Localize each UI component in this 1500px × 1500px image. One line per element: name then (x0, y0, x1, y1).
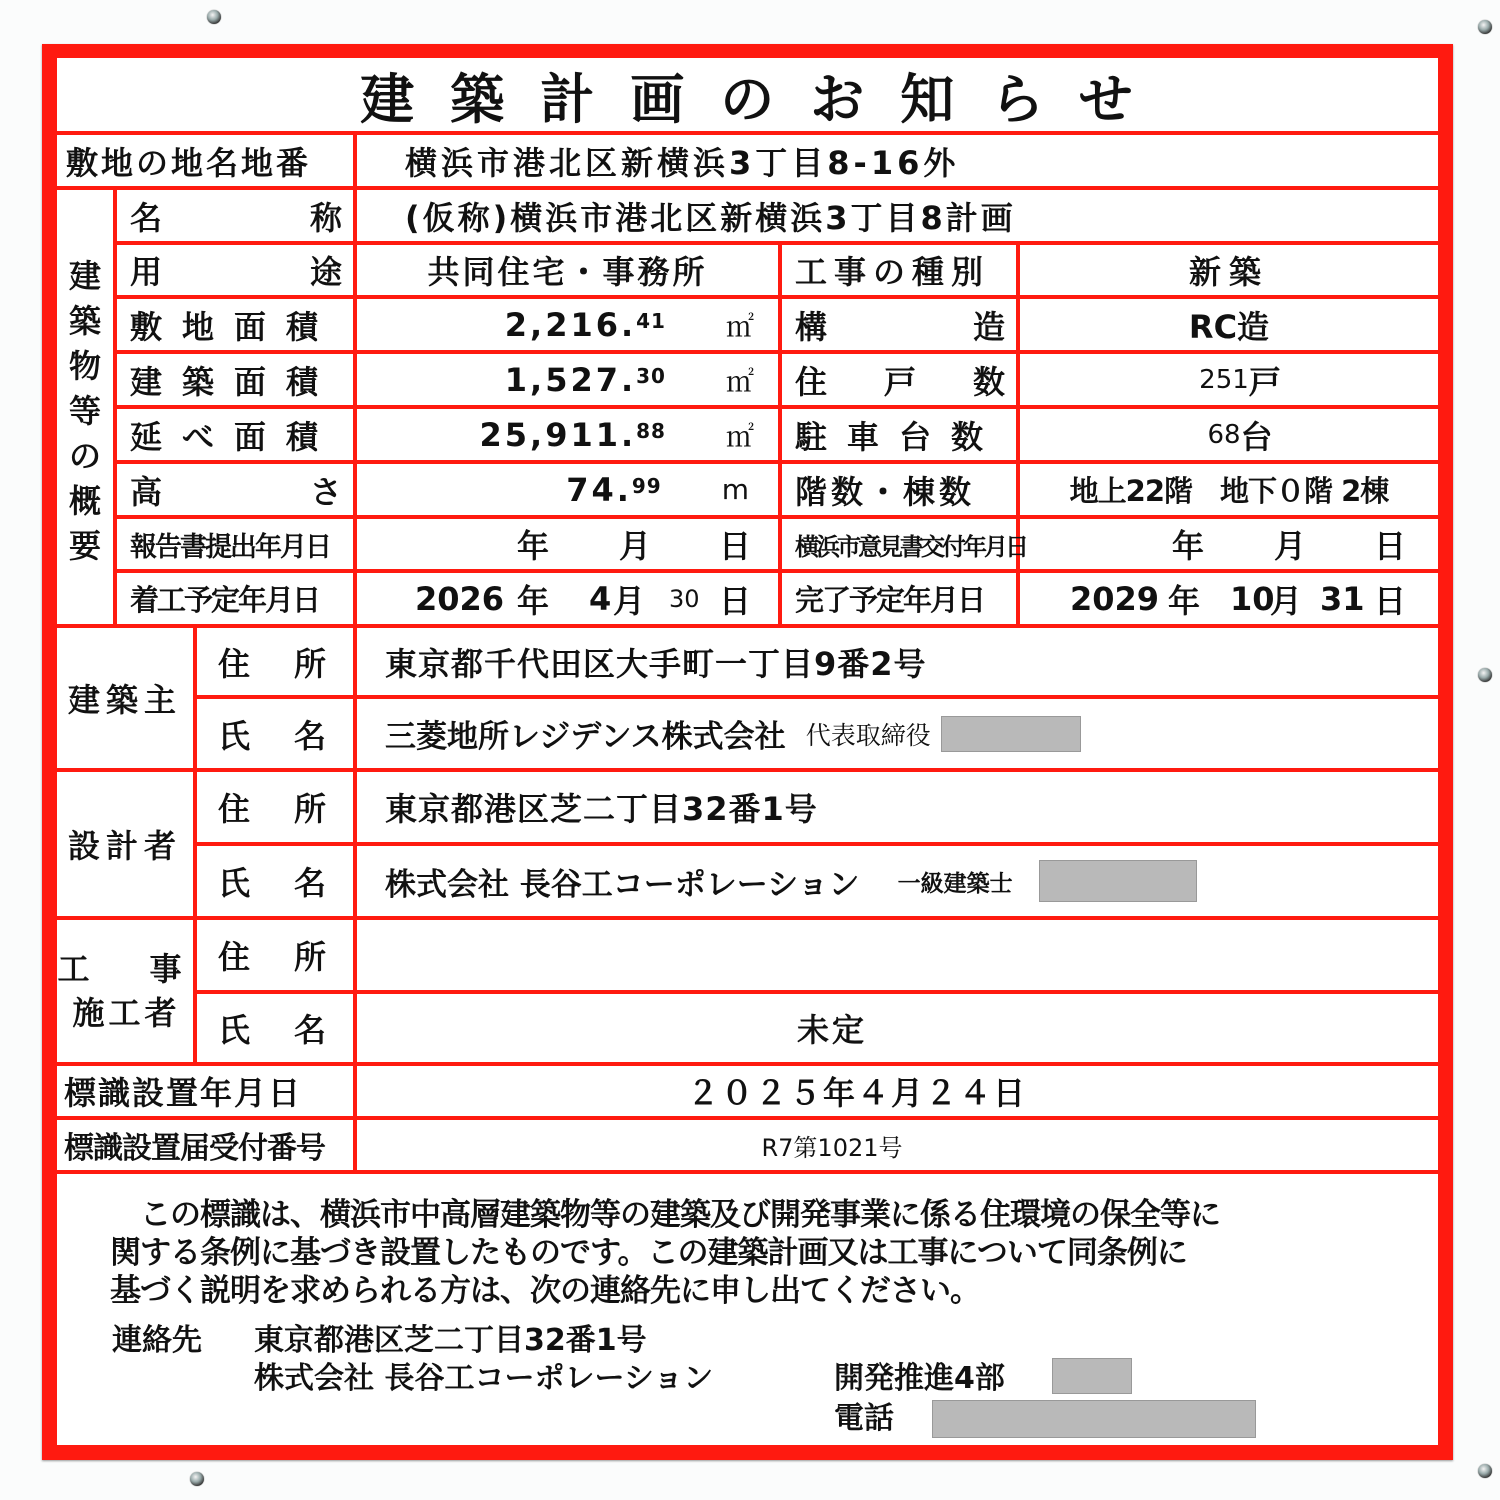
contractor-name-label: 氏 名 (197, 994, 353, 1062)
contractor-name: 未定 (357, 994, 1307, 1062)
end-date-value: 2029 年 10 月 31 日 (1020, 573, 1438, 624)
notice-line-1: この標識は、横浜市中高層建築物等の建築及び開発事業に係る住環境の保全等に (110, 1196, 1220, 1234)
owner-name: 三菱地所レジデンス株式会社 (385, 711, 786, 756)
site-address: 横浜市港北区新横浜3丁目8-16外 (405, 135, 1305, 186)
screw-icon (1478, 20, 1492, 34)
designer-name-label: 氏 名 (197, 846, 353, 916)
site-label: 敷地の地名地番 (66, 135, 351, 186)
parking-value: 68台 (1020, 409, 1460, 460)
screw-icon (207, 10, 221, 24)
page-title: 建築計画のお知らせ (57, 58, 1472, 133)
height-value: 74.99 m (357, 464, 752, 515)
units-value: 251戸 (1020, 354, 1460, 405)
opinion-date-value: 年 月 日 (1020, 519, 1438, 569)
sign-date-value: ２０２５年４月２４日 (357, 1066, 1357, 1116)
units-label: 住戸数 (795, 354, 1005, 405)
owner-label: 建築主 (57, 628, 193, 768)
contractor-address-label: 住 所 (197, 920, 353, 990)
receipt-label: 標識設置届受付番号 (64, 1120, 354, 1170)
contact-company: 株式会社 長谷工コーポレーション (254, 1360, 713, 1398)
notice-line-3: 基づく説明を求められる方は、次の連絡先に申し出てください。 (110, 1272, 980, 1310)
contact-label: 連絡先 (112, 1322, 202, 1360)
building-area-value: 1,527.30 ㎡ (357, 354, 757, 405)
designer-name-row: 株式会社 長谷工コーポレーション 一級建築士 (385, 846, 1385, 916)
structure-label: 構造 (795, 299, 1005, 350)
screw-icon (1478, 1464, 1492, 1478)
start-date-value: 2026 年 4 月 30 日 (357, 573, 778, 624)
opinion-date-label: 横浜市意見書交付年月日 (795, 519, 1015, 569)
start-date-label: 着工予定年月日 (130, 573, 350, 624)
site-area-label: 敷地面積 (130, 299, 350, 350)
report-date-value: 年 月 日 (357, 519, 778, 569)
floors-label: 階数・棟数 (795, 464, 1015, 515)
report-date-label: 報告書提出年月日 (130, 519, 350, 569)
owner-name-row: 三菱地所レジデンス株式会社 代表取締役 (385, 699, 1385, 768)
redacted-architect (1039, 860, 1197, 902)
height-label: 高さ (130, 464, 342, 515)
owner-name-label: 氏 名 (197, 699, 353, 768)
owner-address: 東京都千代田区大手町一丁目9番2号 (385, 628, 1385, 695)
use-value: 共同住宅・事務所 (357, 245, 778, 295)
contact-phone-label: 電話 (834, 1400, 894, 1438)
designer-address: 東京都港区芝二丁目32番1号 (385, 772, 1385, 842)
designer-label: 設計者 (57, 772, 193, 916)
structure-value: RC造 (1020, 299, 1438, 350)
use-label: 用途 (130, 245, 342, 295)
screw-icon (1478, 668, 1492, 682)
redacted-owner-rep (941, 716, 1081, 752)
contact-address: 東京都港区芝二丁目32番1号 (254, 1322, 647, 1360)
name-label: 名称 (130, 190, 342, 241)
contractor-label: 工 事 施工者 (64, 920, 189, 1062)
floor-area-label: 延べ面積 (130, 409, 350, 460)
building-section-label: 建 築 物 等 の 概 要 (60, 254, 110, 569)
work-type-value: 新築 (1020, 245, 1438, 295)
owner-address-label: 住 所 (197, 628, 353, 695)
sign-date-label: 標識設置年月日 (64, 1066, 354, 1116)
end-date-label: 完了予定年月日 (795, 573, 1015, 624)
screw-icon (190, 1472, 204, 1486)
contact-department: 開発推進4部 (834, 1360, 1005, 1398)
redacted-phone-number (932, 1400, 1256, 1438)
building-area-label: 建築面積 (130, 354, 350, 405)
floors-value: 地上22階 地下０階 2棟 (1020, 464, 1438, 515)
receipt-number: R7第1021号 (357, 1120, 1307, 1170)
floor-area-value: 25,911.88 ㎡ (357, 409, 757, 460)
owner-title: 代表取締役 (806, 716, 931, 752)
redacted-contact-person (1052, 1358, 1132, 1394)
parking-label: 駐車台数 (795, 409, 1015, 460)
project-name: (仮称)横浜市港北区新横浜3丁目8計画 (405, 190, 1305, 241)
contractor-address (385, 920, 1385, 990)
designer-title: 一級建築士 (898, 865, 1013, 898)
work-type-label: 工事の種別 (795, 245, 1015, 295)
notice-line-2: 関する条例に基づき設置したものです。この建築計画又は工事について同条例に (110, 1234, 1187, 1272)
site-area-value: 2,216.41 ㎡ (357, 299, 757, 350)
designer-name: 株式会社 長谷工コーポレーション (385, 859, 860, 904)
designer-address-label: 住 所 (197, 772, 353, 842)
